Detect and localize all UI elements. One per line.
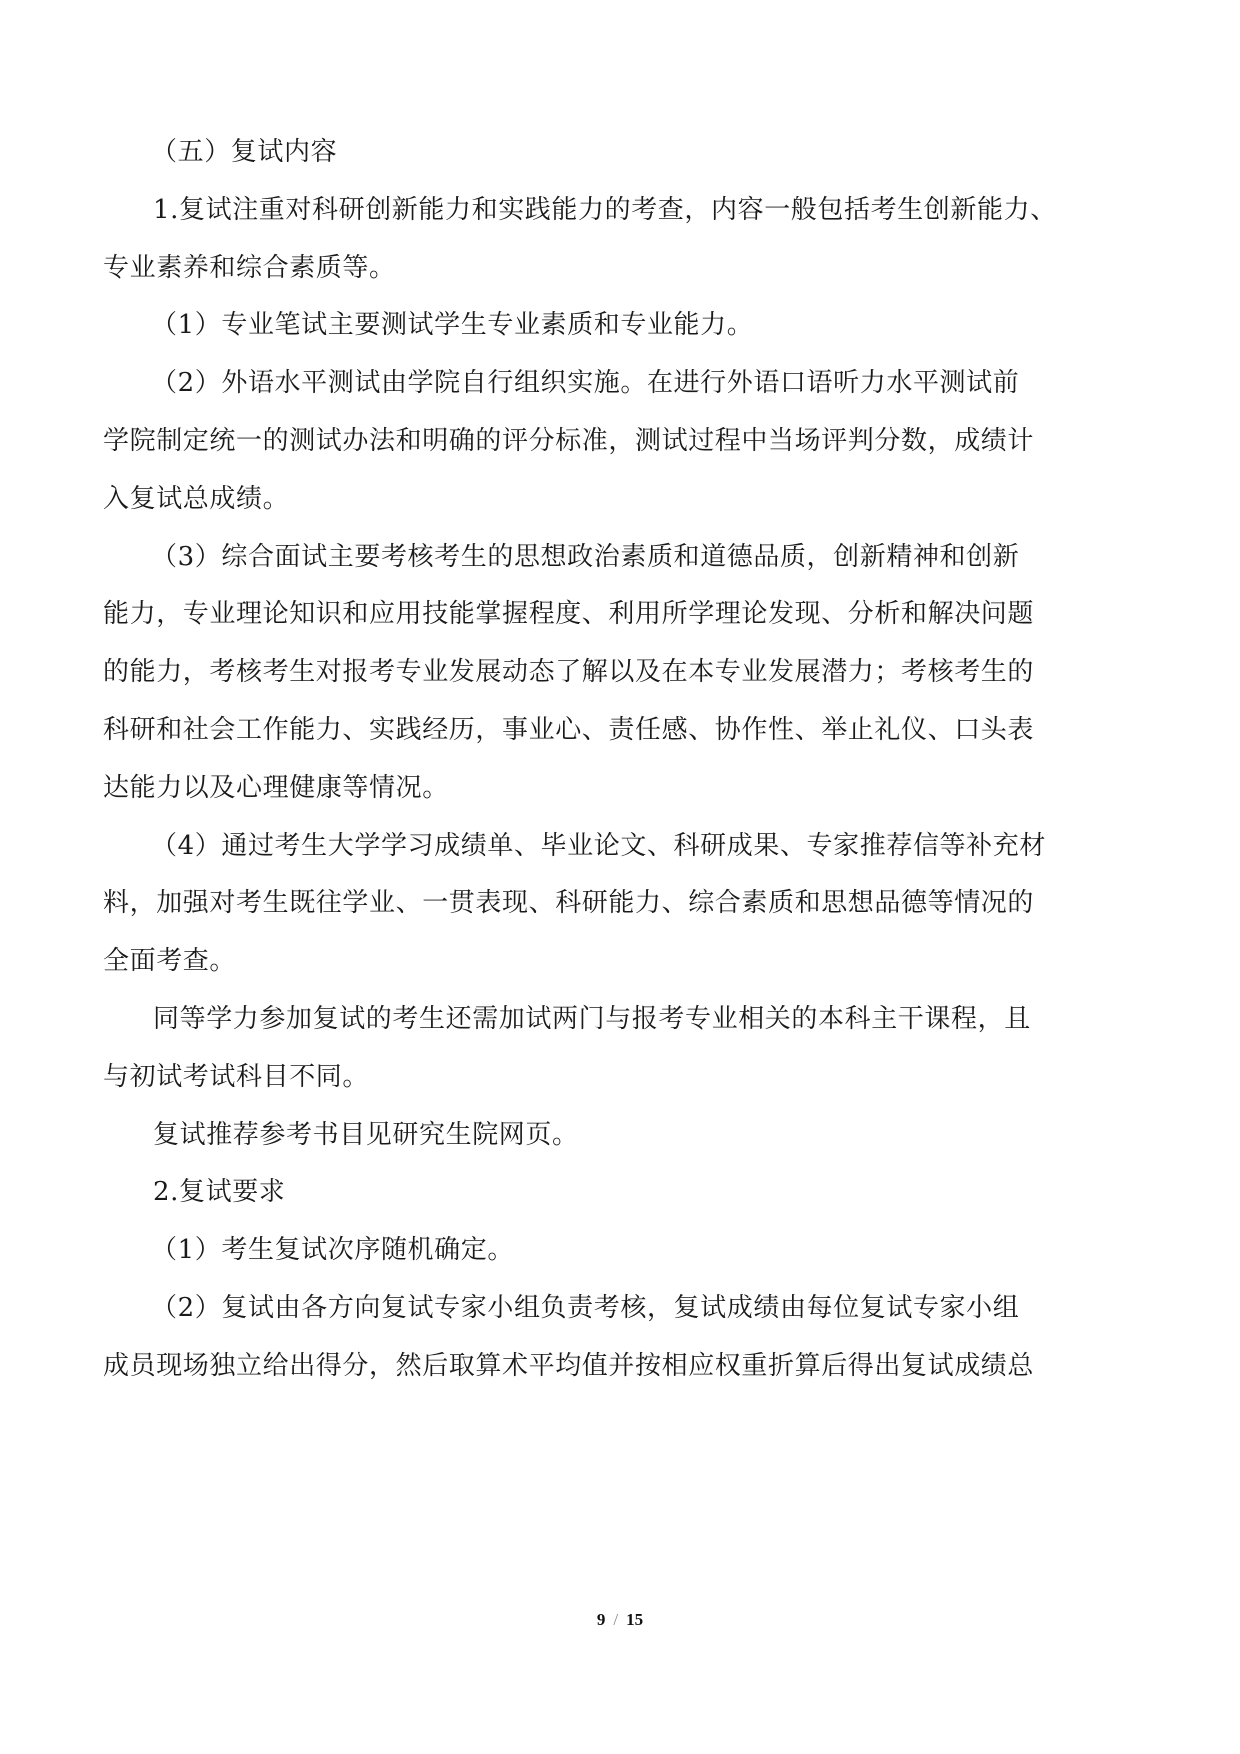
paragraph-line: （1）考生复试次序随机确定。 (103, 1222, 1133, 1280)
page-separator: / (613, 1610, 618, 1629)
paragraph-line: （2）复试由各方向复试专家小组负责考核，复试成绩由每位复试专家小组 (103, 1280, 1133, 1338)
subsection-heading: 2.复试要求 (103, 1164, 1133, 1222)
current-page-number: 9 (597, 1610, 606, 1629)
paragraph-line: 料，加强对考生既往学业、一贯表现、科研能力、综合素质和思想品德等情况的 (103, 875, 1133, 933)
paragraph-line: 全面考查。 (103, 933, 1133, 991)
paragraph-line: 学院制定统一的测试办法和明确的评分标准，测试过程中当场评判分数，成绩计 (103, 413, 1133, 471)
paragraph-line: 专业素养和综合素质等。 (103, 240, 1133, 298)
paragraph-line: 的能力，考核考生对报考专业发展动态了解以及在本专业发展潜力；考核考生的 (103, 644, 1133, 702)
paragraph-line: （1）专业笔试主要测试学生专业素质和专业能力。 (103, 297, 1133, 355)
paragraph-line: 科研和社会工作能力、实践经历，事业心、责任感、协作性、举止礼仪、口头表 (103, 702, 1133, 760)
paragraph-line: 达能力以及心理健康等情况。 (103, 760, 1133, 818)
paragraph-line: 1.复试注重对科研创新能力和实践能力的考查，内容一般包括考生创新能力、 (103, 182, 1133, 240)
paragraph-line: 成员现场独立给出得分，然后取算术平均值并按相应权重折算后得出复试成绩总 (103, 1338, 1133, 1396)
document-body: （五）复试内容 1.复试注重对科研创新能力和实践能力的考查，内容一般包括考生创新… (103, 124, 1133, 1396)
paragraph-line: 入复试总成绩。 (103, 471, 1133, 529)
page-number-footer: 9/15 (0, 1610, 1240, 1630)
section-heading: （五）复试内容 (103, 124, 1133, 182)
paragraph-line: 同等学力参加复试的考生还需加试两门与报考专业相关的本科主干课程，且 (103, 991, 1133, 1049)
paragraph-line: （2）外语水平测试由学院自行组织实施。在进行外语口语听力水平测试前 (103, 355, 1133, 413)
paragraph-line: （4）通过考生大学学习成绩单、毕业论文、科研成果、专家推荐信等补充材 (103, 818, 1133, 876)
paragraph-line: 复试推荐参考书目见研究生院网页。 (103, 1107, 1133, 1165)
paragraph-line: （3）综合面试主要考核考生的思想政治素质和道德品质，创新精神和创新 (103, 529, 1133, 587)
document-page: （五）复试内容 1.复试注重对科研创新能力和实践能力的考查，内容一般包括考生创新… (0, 0, 1240, 1754)
paragraph-line: 与初试考试科目不同。 (103, 1049, 1133, 1107)
total-pages-number: 15 (626, 1610, 643, 1629)
paragraph-line: 能力，专业理论知识和应用技能掌握程度、利用所学理论发现、分析和解决问题 (103, 586, 1133, 644)
